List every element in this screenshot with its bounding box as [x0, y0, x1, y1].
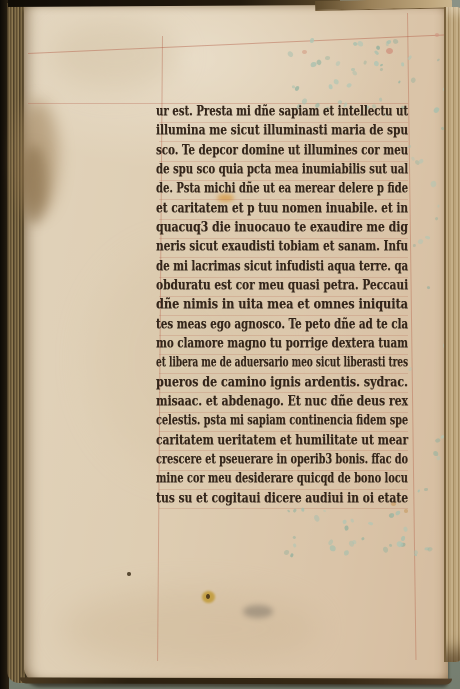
- text-line: celestis. psta mi sapiam continencia fid…: [156, 409, 410, 428]
- text-line: de. Psta michi dñe ut ea merear delere p…: [156, 177, 410, 196]
- foliage-speckle: [433, 451, 438, 456]
- accent-dot: [386, 48, 393, 54]
- foliage-speckle: [330, 545, 336, 551]
- text-line: misaac. et abdenago. Et nuc dñe deus rex: [156, 390, 410, 409]
- foliage-speckle: [293, 543, 297, 548]
- foliage-speckle: [394, 510, 400, 516]
- text-line: tes meas ego agnosco. Te peto dñe ad te …: [156, 313, 410, 332]
- foliage-speckle: [438, 205, 440, 208]
- text-line: pueros de camino ignis ardentis. sydrac.: [156, 371, 410, 390]
- text-line: de mi lacrimas sicut infudisti aqua terr…: [156, 255, 410, 274]
- foliage-speckle: [393, 38, 400, 45]
- foliage-speckle: [436, 455, 440, 460]
- foliage-speckle: [413, 554, 417, 557]
- foliage-speckle: [283, 549, 289, 555]
- text-line: mo clamore magno tu porrige dextera tuam: [156, 332, 410, 351]
- text-line: de spu sco quia pcta mea inumiabilis sut…: [156, 158, 410, 177]
- foliage-speckle: [325, 55, 330, 60]
- foliage-speckle: [413, 244, 416, 247]
- accent-dot: [302, 50, 307, 54]
- foliage-speckle: [382, 546, 390, 554]
- text-line: dñe nimis in uita mea et omnes iniquita: [156, 293, 410, 312]
- text-line: neris sicut exaudisti tobiam et sanam. I…: [156, 235, 410, 254]
- foliage-speckle: [342, 519, 347, 524]
- foliage-speckle: [350, 519, 354, 524]
- fore-edge-page-stack: [444, 7, 460, 662]
- foliage-speckle: [388, 543, 392, 547]
- foliage-speckle: [376, 45, 381, 50]
- foliage-speckle: [417, 238, 423, 244]
- foliage-speckle: [336, 61, 341, 67]
- foliage-speckle: [287, 50, 295, 58]
- foliage-speckle: [430, 180, 438, 188]
- foliage-speckle: [433, 106, 440, 113]
- text-line: et libera me de aduersario meo sicut lib…: [156, 351, 410, 370]
- foliage-speckle: [310, 37, 315, 42]
- foliage-speckle: [410, 156, 414, 161]
- text-line: caritatem ueritatem et humilitate ut mea…: [156, 429, 410, 448]
- foliage-speckle: [401, 536, 406, 541]
- foliage-speckle: [345, 526, 350, 531]
- foliage-speckle: [406, 55, 412, 61]
- foliage-speckle: [437, 58, 440, 61]
- text-line: quacuq3 die inuocauo te exaudire me dig: [156, 216, 410, 235]
- foliage-speckle: [379, 63, 383, 66]
- manuscript-photo: ur est. Presta mi dñe sapiam et intellec…: [0, 0, 460, 689]
- page-bottom-shadow-edge: [20, 677, 452, 684]
- foliage-speckle: [424, 488, 428, 491]
- foliage-speckle: [410, 77, 417, 84]
- foliage-speckle: [343, 549, 349, 555]
- foliage-speckle: [294, 86, 299, 92]
- foliage-speckle: [312, 514, 320, 523]
- foliage-speckle: [290, 553, 294, 558]
- foliage-speckle: [379, 67, 382, 71]
- foliage-speckle: [357, 41, 364, 48]
- text-line: ur est. Presta mi dñe sapiam et intellec…: [156, 100, 410, 119]
- foliage-speckle: [329, 84, 333, 89]
- foliage-speckle: [333, 78, 339, 83]
- manuscript-text-block: ur est. Presta mi dñe sapiam et intellec…: [156, 100, 410, 510]
- foliage-speckle: [373, 61, 379, 67]
- foliage-speckle: [346, 82, 353, 89]
- foliage-speckle: [374, 49, 380, 55]
- text-line: et caritatem et p tuu nomen inuabile. et…: [156, 197, 410, 216]
- foliage-speckle: [322, 510, 326, 514]
- text-line: tus su et cogitaui dicere audiui in oi e…: [156, 487, 410, 506]
- text-line: illumina me sicut illuminasti maria de s…: [156, 119, 410, 138]
- foliage-speckle: [367, 522, 373, 527]
- foliage-speckle: [398, 81, 401, 84]
- foliage-speckle: [360, 537, 364, 541]
- foliage-speckle: [292, 536, 296, 540]
- foliage-speckle: [316, 59, 322, 65]
- text-line-content: tus su et cogitaui dicere audiui in oi e…: [156, 486, 408, 509]
- foliage-speckle: [402, 62, 405, 66]
- foliage-speckle: [363, 60, 368, 65]
- foliage-speckle: [427, 286, 431, 290]
- foliage-speckle: [419, 158, 425, 164]
- text-line: obduratu est cor meu quasi petra. Peccau…: [156, 274, 410, 293]
- foliage-speckle: [435, 217, 439, 221]
- foliage-speckle: [427, 546, 433, 552]
- foliage-speckle: [435, 438, 441, 444]
- text-line: sco. Te depcor domine ut illumines cor m…: [156, 139, 410, 158]
- foliage-speckle: [417, 489, 420, 493]
- accent-dot: [435, 33, 439, 37]
- foliage-speckle: [425, 235, 431, 240]
- text-line: mine cor meu desiderare quicqd de bono l…: [156, 467, 410, 486]
- foliage-speckle: [403, 526, 408, 532]
- text-line: crescere et pseuerare in operib3 bonis. …: [156, 448, 410, 467]
